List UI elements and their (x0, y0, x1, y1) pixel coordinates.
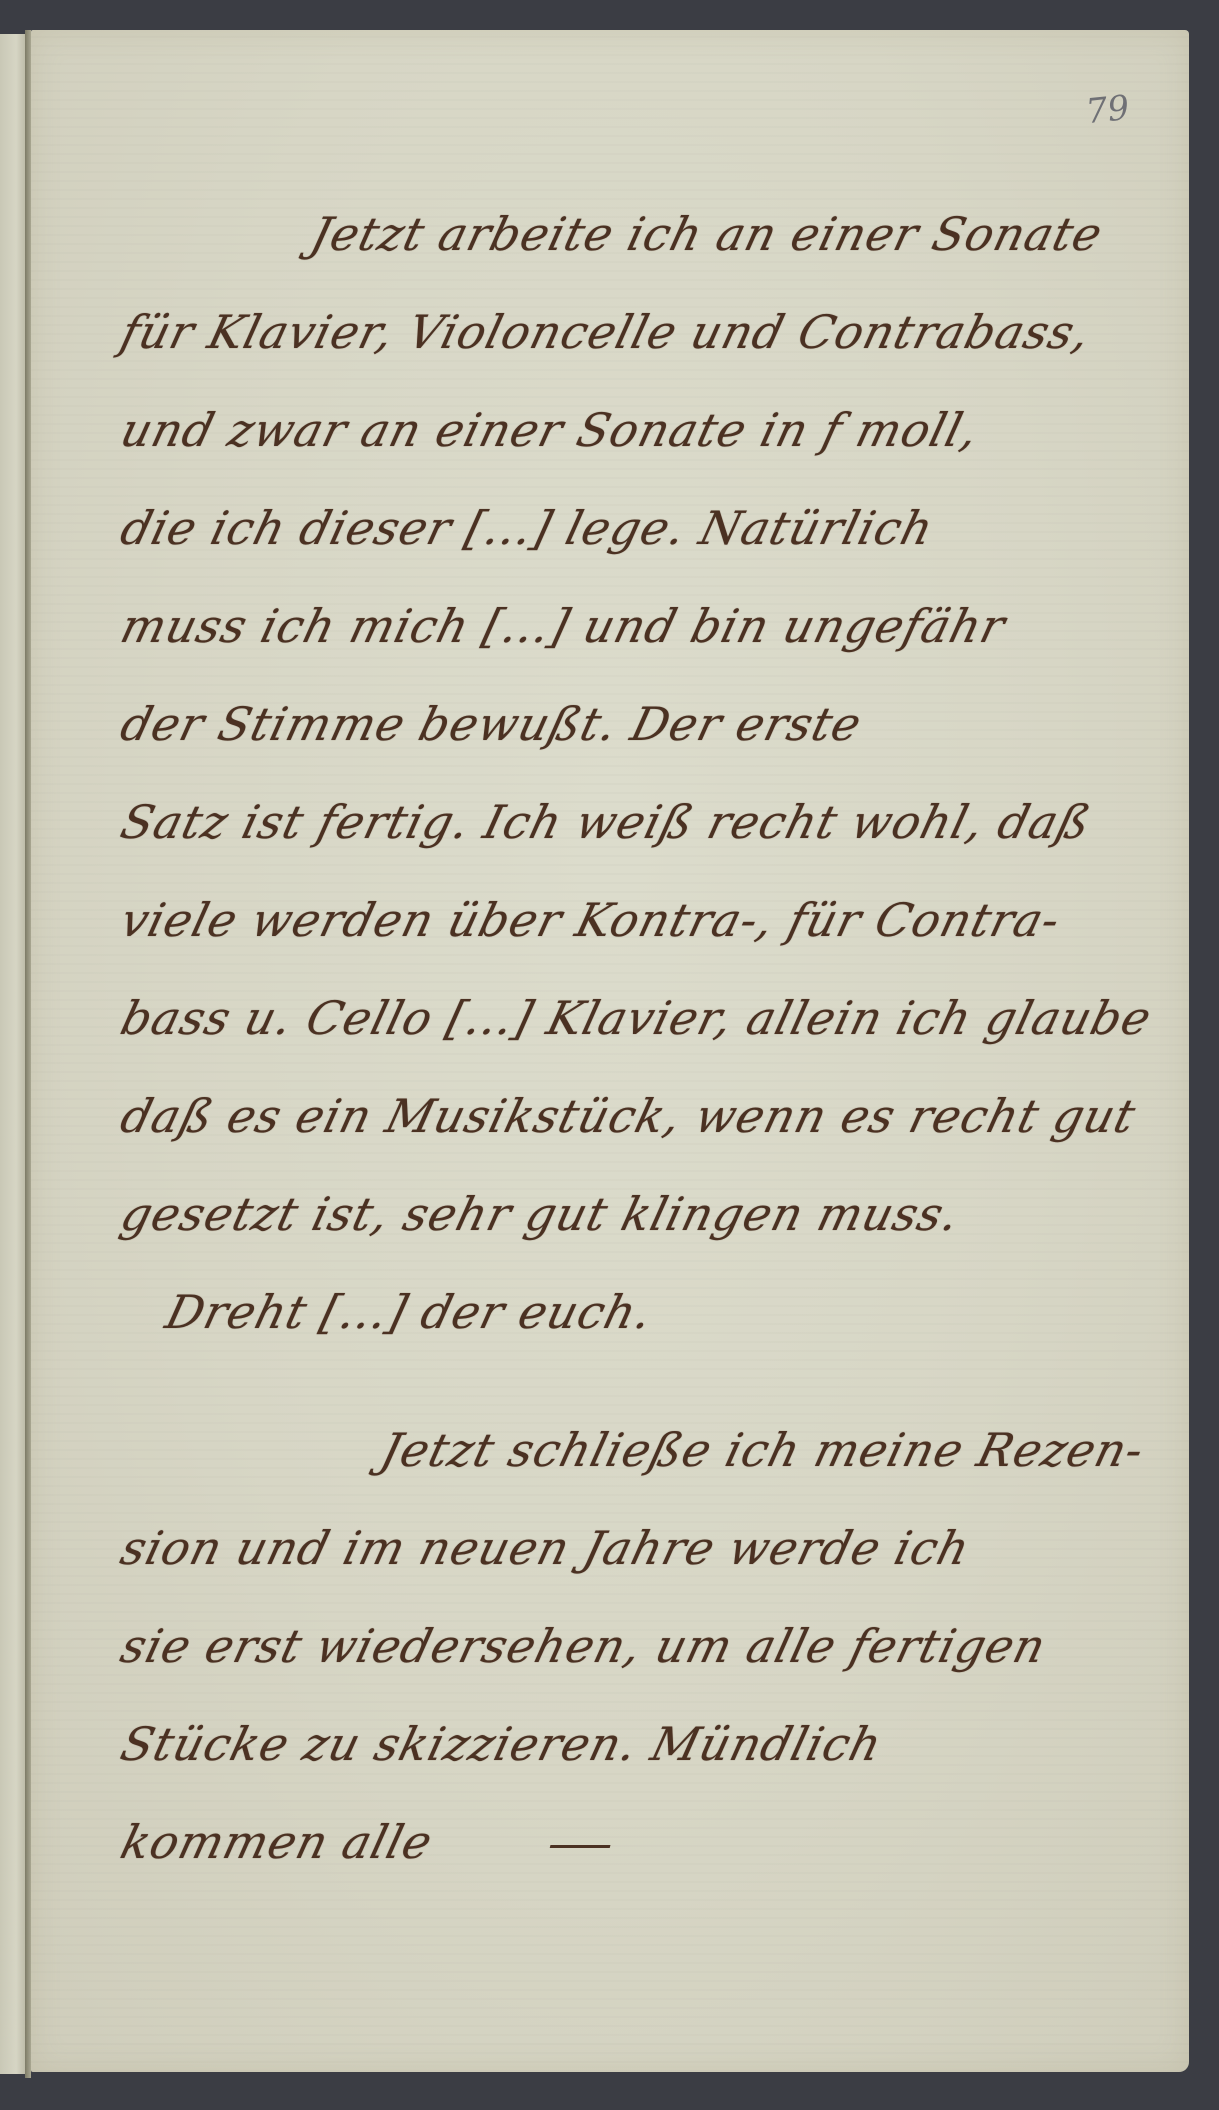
text-line: und zwar an einer Sonate in f moll, (110, 381, 1154, 479)
text-line: Stücke zu skizzieren. Mündlich (110, 1695, 1154, 1793)
text-line: Jetzt arbeite ich an einer Sonate (110, 185, 1154, 283)
text-line: viele werden über Kontra-, für Contra- (110, 871, 1154, 969)
text-line: Jetzt schließe ich meine Rezen- (110, 1401, 1154, 1499)
text-line-last: kommen alle (110, 1793, 1154, 1891)
handwritten-text: Jetzt arbeite ich an einer Sonate für Kl… (110, 185, 1130, 1891)
text-line: muss ich mich [...] und bin ungefähr (110, 577, 1154, 675)
text-line: der Stimme bewußt. Der erste (110, 675, 1154, 773)
paragraph-2: Jetzt schließe ich meine Rezen- sion und… (110, 1401, 1130, 1891)
text-line: bass u. Cello [...] Klavier, allein ich … (110, 969, 1154, 1067)
paragraph-1: Jetzt arbeite ich an einer Sonate für Kl… (110, 185, 1130, 1361)
text-line: gesetzt ist, sehr gut klingen muss. (110, 1165, 1154, 1263)
page-number: 79 (1084, 88, 1131, 132)
text-line: Dreht [...] der euch. (110, 1263, 1154, 1361)
manuscript-scan: 79 Jetzt arbeite ich an einer Sonate für… (0, 0, 1219, 2110)
text-line: die ich dieser [...] lege. Natürlich (110, 479, 1154, 577)
text-line: Satz ist fertig. Ich weiß recht wohl, da… (110, 773, 1154, 871)
closing-dash (550, 1845, 611, 1848)
text-line: sie erst wiedersehen, um alle fertigen (110, 1597, 1154, 1695)
text-line: für Klavier, Violoncelle und Contrabass, (110, 283, 1154, 381)
text-line-content: kommen alle (115, 1815, 438, 1869)
text-line: sion und im neuen Jahre werde ich (110, 1499, 1154, 1597)
text-line: daß es ein Musikstück, wenn es recht gut (110, 1067, 1154, 1165)
